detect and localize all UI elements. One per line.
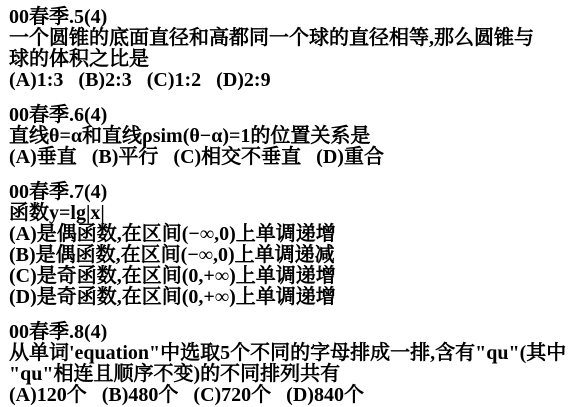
question-block: 00春季.7(4)函数y=lg|x|(A)是偶函数,在区间(−∞,0)上单调递增… — [9, 182, 579, 308]
question-text: 一个圆锥的底面直径和高都同一个球的直径相等,那么圆锥与 — [9, 28, 579, 49]
question-block: 00春季.8(4)从单词'equation"中选取5个不同的字母排成一排,含有"… — [9, 322, 579, 406]
question-options: (A)120个 (B)480个 (C)720个 (D)840个 — [9, 385, 579, 406]
question-block: 00春季.6(4)直线θ=α和直线ρsim(θ−α)=1的位置关系是(A)垂直 … — [9, 105, 579, 168]
question-number: 00春季.7(4) — [9, 182, 579, 203]
question-options: (A)1:3 (B)2:3 (C)1:2 (D)2:9 — [9, 70, 579, 91]
question-text: 直线θ=α和直线ρsim(θ−α)=1的位置关系是 — [9, 126, 579, 147]
question-options: (A)垂直 (B)平行 (C)相交不垂直 (D)重合 — [9, 147, 579, 168]
question-text: (C)是奇函数,在区间(0,+∞)上单调递增 — [9, 266, 579, 287]
question-text: (A)是偶函数,在区间(−∞,0)上单调递增 — [9, 224, 579, 245]
question-text: 函数y=lg|x| — [9, 203, 579, 224]
question-text: "qu"相连且顺序不变)的不同排列共有 — [9, 364, 579, 385]
question-number: 00春季.6(4) — [9, 105, 579, 126]
question-text: 球的体积之比是 — [9, 49, 579, 70]
question-number: 00春季.5(4) — [9, 7, 579, 28]
question-block: 00春季.5(4)一个圆锥的底面直径和高都同一个球的直径相等,那么圆锥与球的体积… — [9, 7, 579, 91]
question-text: (B)是偶函数,在区间(−∞,0)上单调递减 — [9, 245, 579, 266]
question-options: (D)是奇函数,在区间(0,+∞)上单调递增 — [9, 287, 579, 308]
question-text: 从单词'equation"中选取5个不同的字母排成一排,含有"qu"(其中 — [9, 343, 579, 364]
document-body: 00春季.5(4)一个圆锥的底面直径和高都同一个球的直径相等,那么圆锥与球的体积… — [0, 0, 579, 406]
question-number: 00春季.8(4) — [9, 322, 579, 343]
